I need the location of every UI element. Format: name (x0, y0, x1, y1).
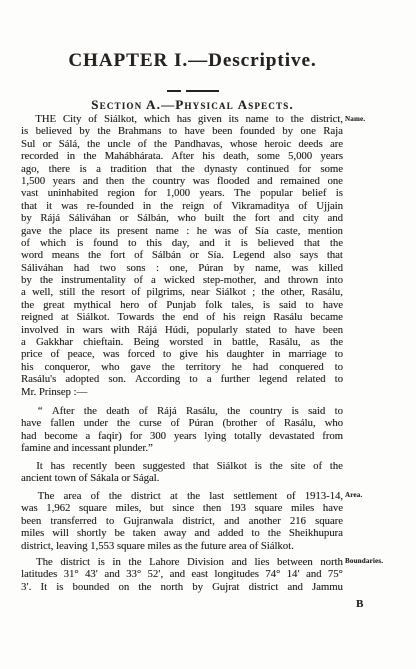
text-line: havefallenunderthecurseofPúran(brotherof… (21, 417, 343, 429)
text-line: ThedistrictisintheLahoreDivisionandliesb… (21, 556, 343, 568)
text-block: THECityofSiálkot,whichhasgivenitsnametot… (21, 0, 343, 669)
text-line: 1,500yearsandthenthecountrywasfloodedand… (21, 175, 343, 187)
text-line: beentransferredtoGujranwaladistrict,anda… (21, 515, 343, 527)
text-line: 3′.ItisboundedonthenorthbyGujratdistrict… (21, 581, 343, 593)
text-line: vastuninhabitedregionfor1,000years.Thepo… (21, 187, 343, 199)
text-line: aGakkharchieftain.Beingworstedinbattle,R… (21, 336, 343, 348)
margin-note-area: Area. (345, 491, 413, 499)
text-line: ofwhichisfoundtothisday,anditisbelievedt… (21, 237, 343, 249)
text-line: awell,stilltheresortofpilgrims,nearSiálk… (21, 286, 343, 298)
text-line: Sáliváhanhadtwosons:one,Púranbyname,wask… (21, 262, 343, 274)
paragraph: “AfterthedeathofRájáRasálu,thecountryiss… (21, 405, 343, 455)
text-line: latitudes31°43′and33°52′,andeastlongitud… (21, 568, 343, 580)
text-line: ago,thereisatraditionthatthedynastyconti… (21, 163, 343, 175)
paragraph: Theareaofthedistrictatthelastsettlemento… (21, 490, 343, 552)
text-line: involvedinwarswithRájáHúdi,popularlystat… (21, 324, 343, 336)
text-line: IthasrecentlybeensuggestedthatSiálkotist… (21, 460, 343, 472)
paragraph: ThedistrictisintheLahoreDivisionandliesb… (21, 556, 343, 593)
text-line: byRájáSáliváhanorSálbán,whobuilttheforta… (21, 212, 343, 224)
text-line: Theareaofthedistrictatthelastsettlemento… (21, 490, 343, 502)
text-line: hadbecomeafaqir)for300yearslyingtotallyd… (21, 430, 343, 442)
paragraph: THECityofSiálkot,whichhasgivenitsnametot… (21, 113, 343, 398)
text-line: Mr. Prinsep :— (21, 386, 343, 398)
text-line: mileswillshortlybetakenawayandaddedtothe… (21, 527, 343, 539)
text-line: THECityofSiálkot,whichhasgivenitsnametot… (21, 113, 343, 125)
text-line: “AfterthedeathofRájáRasálu,thecountryiss… (21, 405, 343, 417)
text-line: recordedintheMahábhárata.Afterhisdeath,s… (21, 150, 343, 162)
text-line: priceofpeace,wasforcedtogivehisdaughteri… (21, 348, 343, 360)
text-line: gavetheplaceitspresentname:hewasofSíacas… (21, 225, 343, 237)
text-line: SulorSálá,theuncleofthePandhavas,whosehe… (21, 138, 343, 150)
text-line: thegreatmythicalheroofPunjabfolktales,is… (21, 299, 343, 311)
text-line: Rasálu'sadoptedson.Accordingtoafurtherle… (21, 373, 343, 385)
text-line: reignedatSiálkot.Towardstheendofhisreign… (21, 311, 343, 323)
paragraph: IthasrecentlybeensuggestedthatSiálkotist… (21, 460, 343, 485)
signature-mark: B (356, 598, 363, 610)
text-line: thatitwasre-foundedinthereignofVikramadi… (21, 200, 343, 212)
text-line: isbelievedbytheBrahmanstohavebeenfounded… (21, 125, 343, 137)
text-line: bytheinstrumentalityofawickedstep-mother… (21, 274, 343, 286)
text-line: famine and incessant plunder.” (21, 442, 343, 454)
margin-note-boundaries: Boundaries. (345, 557, 413, 565)
text-line: district, leaving 1,553 square miles as … (21, 540, 343, 552)
margin-note-name: Name. (345, 115, 413, 123)
text-line: ancient town of Sákala or Ságal. (21, 472, 343, 484)
text-line: hisconqueror,whogavetheterritoryhehadcon… (21, 361, 343, 373)
scanned-book-page: CHAPTER I.—Descriptive. Section A.—Physi… (0, 0, 416, 669)
text-line: wordmeansthefortofSálbánorSía.Legendalso… (21, 249, 343, 261)
text-line: was1,962squaremiles,butsincethen193squar… (21, 502, 343, 514)
